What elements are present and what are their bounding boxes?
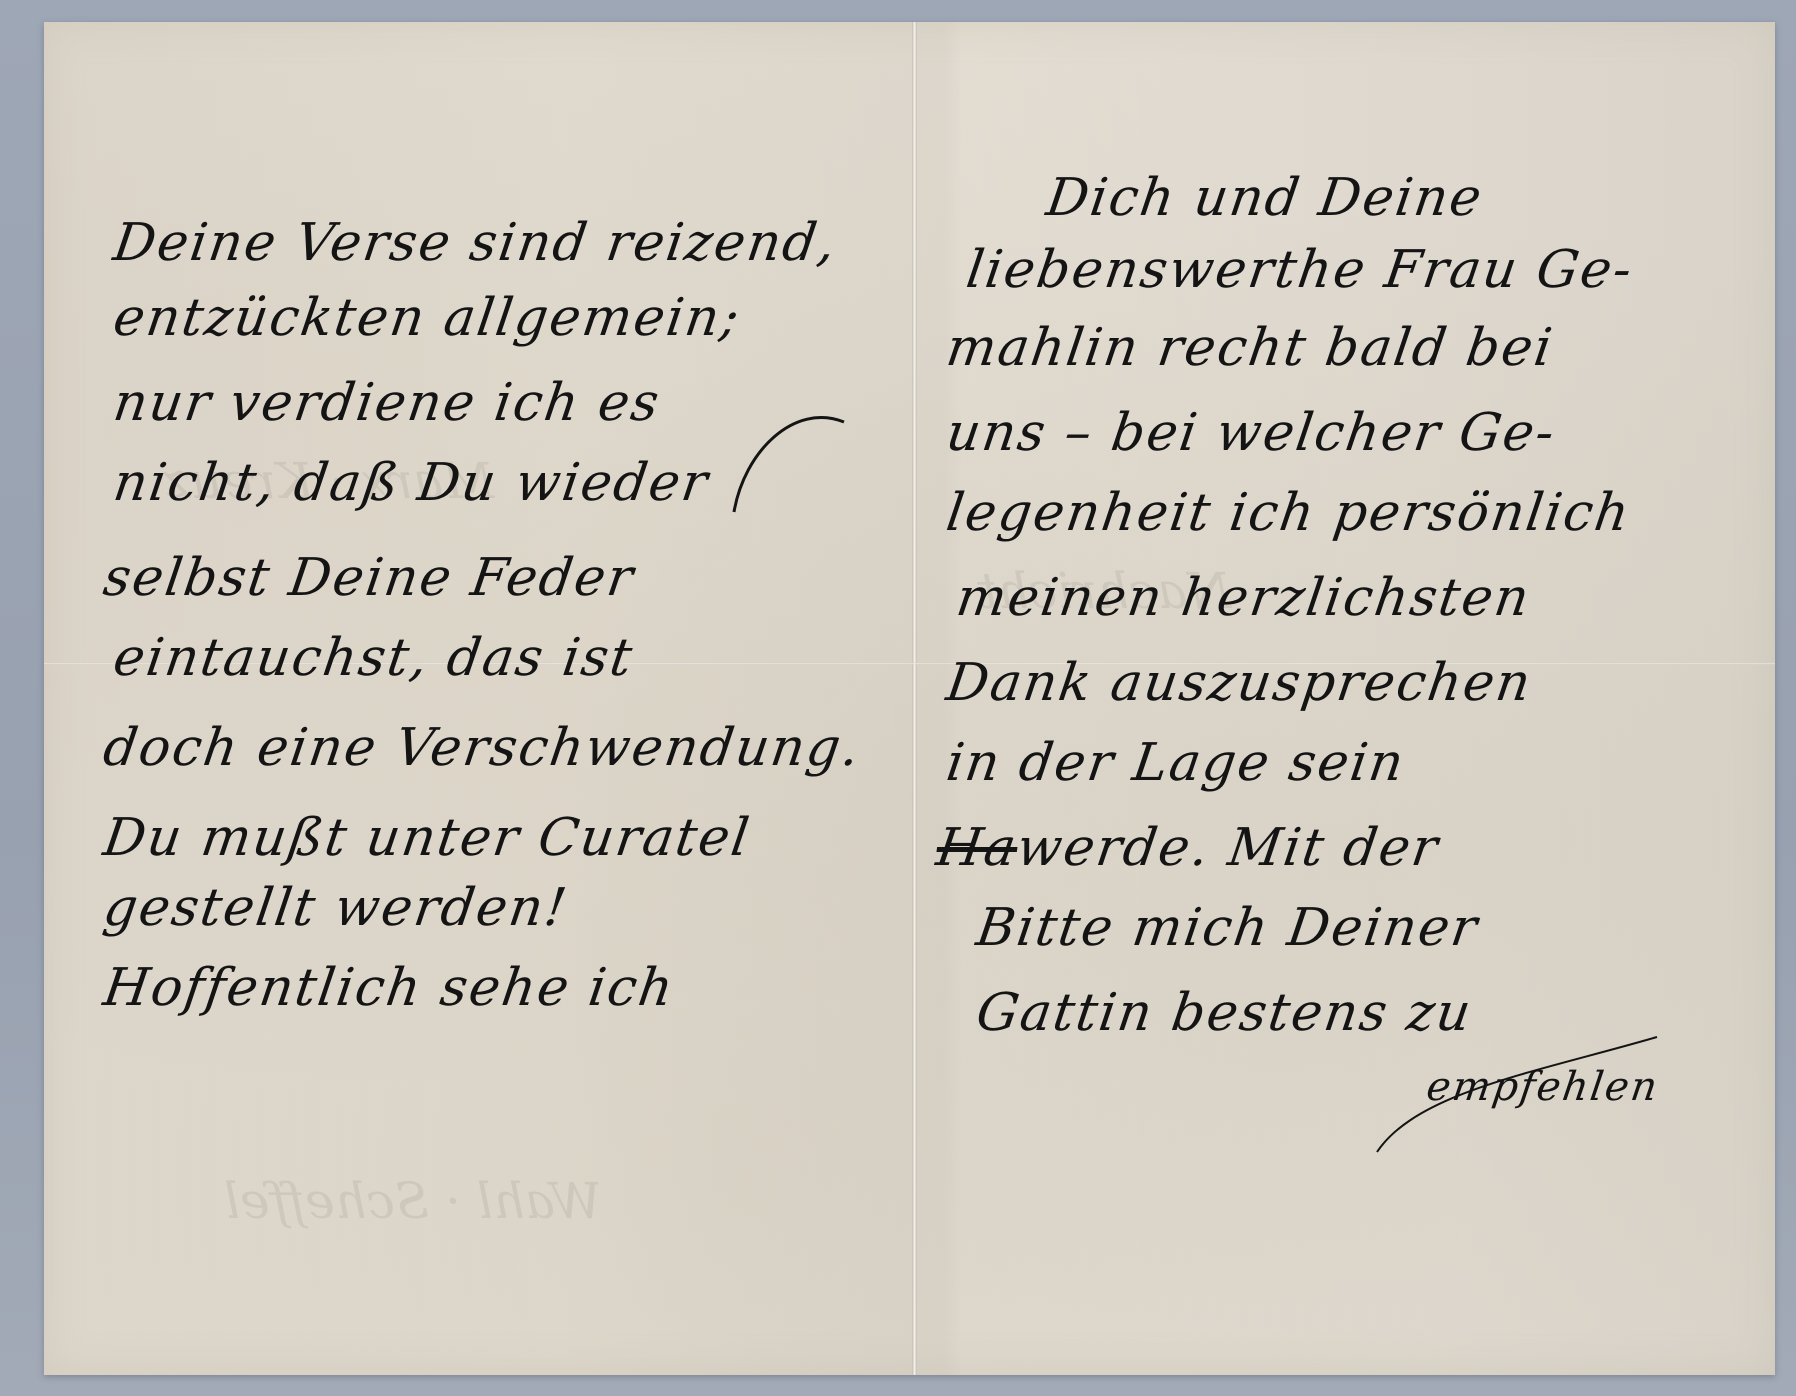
ink-bleed-through: Wahl · Scheffel — [224, 1172, 602, 1230]
left-line-3: nur verdiene ich es — [110, 377, 663, 429]
left-line-4: nicht, daß Du wieder — [110, 457, 712, 509]
left-line-10: Hoffentlich sehe ich — [100, 962, 678, 1014]
left-line-9: gestellt werden! — [100, 882, 571, 934]
closing-word: empfehlen — [1424, 1067, 1661, 1107]
right-line-5: legenheit ich persönlich — [943, 487, 1634, 539]
left-line-6: eintauchst, das ist — [110, 632, 637, 684]
struck-through-word: Ha — [933, 818, 1022, 878]
right-line-9: Hawerde. Mit der — [933, 822, 1442, 874]
ink-flourish — [724, 392, 854, 522]
right-line-3: mahlin recht bald bei — [943, 322, 1556, 374]
right-line-10: Bitte mich Deiner — [973, 902, 1482, 954]
letter-sheet: Marx · Kreuz Wahl · Scheffel Deine Verse… — [44, 22, 1775, 1375]
left-line-5: selbst Deine Feder — [100, 552, 638, 604]
left-line-1: Deine Verse sind reizend, — [110, 217, 840, 269]
right-line-9-text: werde. Mit der — [1013, 818, 1443, 878]
right-line-11: Gattin bestens zu — [973, 987, 1475, 1039]
left-page: Marx · Kreuz Wahl · Scheffel Deine Verse… — [44, 22, 912, 1375]
left-line-8: Du mußt unter Curatel — [100, 812, 753, 864]
right-line-2: liebenswerthe Frau Ge- — [963, 244, 1636, 296]
right-line-8: in der Lage sein — [943, 737, 1408, 789]
right-line-4: uns – bei welcher Ge- — [943, 407, 1559, 459]
left-line-2: entzückten allgemein; — [110, 292, 744, 344]
right-page: Nachricht Dich und Deine liebenswerthe F… — [917, 22, 1775, 1375]
right-line-6: meinen herzlichsten — [953, 572, 1534, 624]
right-line-1: Dich und Deine — [1043, 172, 1486, 224]
left-line-7: doch eine Verschwendung. — [100, 722, 864, 774]
right-line-7: Dank auszusprechen — [943, 657, 1535, 709]
